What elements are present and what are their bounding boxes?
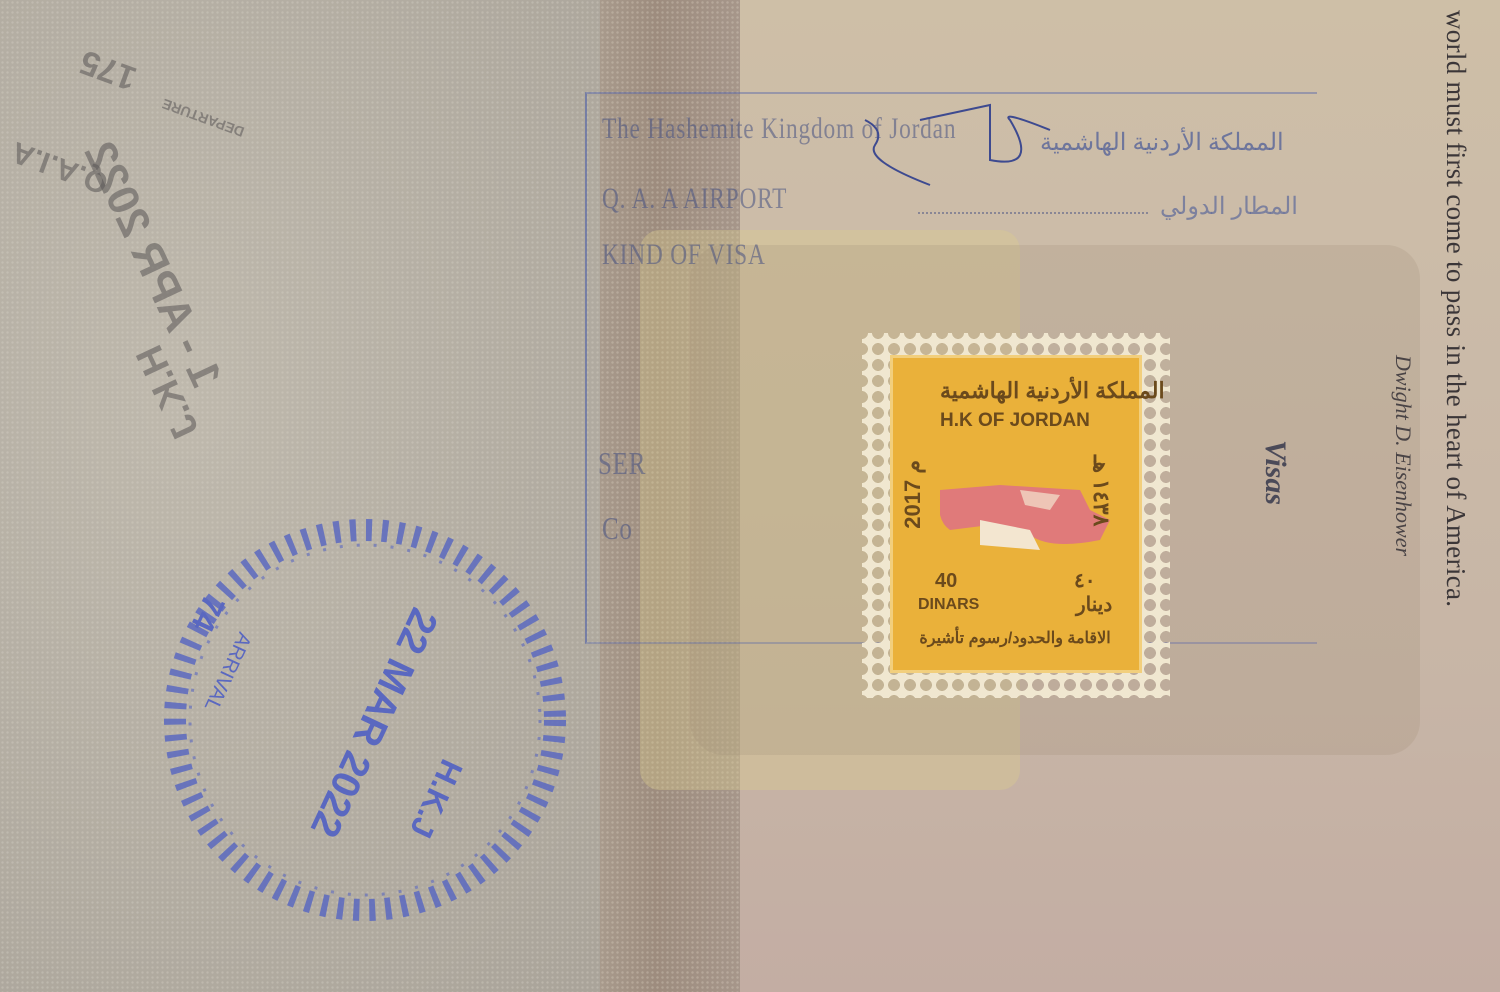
revenue-stamp-caption: الاقامة والحدود/رسوم تأشيرة: [904, 628, 1126, 648]
signature: [860, 100, 1060, 190]
quote-attribution: Dwight D. Eisenhower: [1390, 355, 1416, 556]
visa-stamp-country: Co: [602, 510, 633, 547]
passport-page: world must first come to pass in the hea…: [0, 0, 1500, 992]
visa-stamp-arabic-issuer: المملكة الأردنية الهاشمية: [1040, 128, 1284, 157]
quote-text: world must first come to pass in the hea…: [1440, 10, 1471, 607]
revenue-stamp-title: H.K OF JORDAN: [940, 410, 1090, 432]
revenue-stamp-arabic-unit: دينار: [1076, 592, 1112, 617]
revenue-stamp-amount: 40: [935, 570, 957, 593]
visa-stamp-port: Q. A. A AIRPORT: [602, 182, 787, 216]
visa-stamp-arabic-port: المطار الدولي: [1160, 192, 1298, 221]
dotted-line: [918, 212, 1148, 214]
revenue-stamp-year: 2017 م: [900, 460, 926, 529]
visa-stamp-serial: SER: [598, 445, 646, 482]
revenue-stamp-unit: DINARS: [918, 596, 979, 614]
revenue-stamp-arabic-amount: ٤٠: [1074, 568, 1095, 593]
revenue-stamp-arabic-title: المملكة الأردنية الهاشمية: [940, 378, 1165, 404]
revenue-stamp-arabic-year: ١٤٣٨ هـ: [1088, 455, 1114, 526]
visa-stamp-kind: KIND OF VISA: [602, 238, 766, 272]
